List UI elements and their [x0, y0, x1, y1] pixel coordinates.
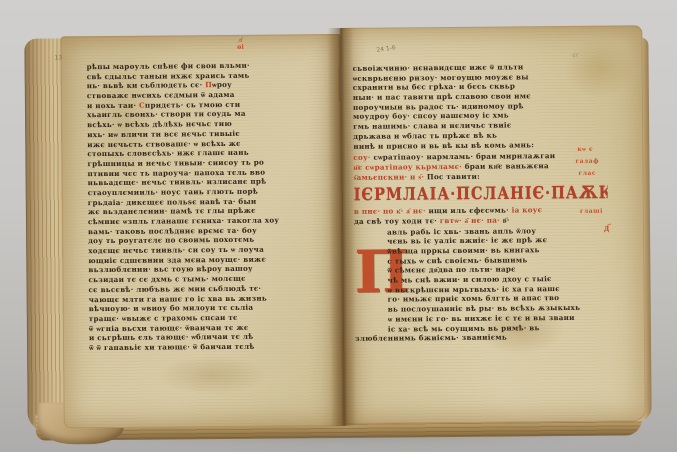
manuscript-text-segment: чѣ мь снѣ вжии· и силою дхоу с тыіє: [387, 274, 551, 284]
manuscript-text-segment: ѕ҃амьєпскии· и ѕ҃·: [354, 172, 427, 182]
manuscript-text-segment: доу ть роугатєлє по своимь похотємь: [88, 235, 254, 245]
right-page-text: сьвоіжчиню· нєнавидєщє ижє ѿ пльтиѡскврь…: [353, 62, 609, 344]
manuscript-text-segment: да свѣ тоу ходи тє·: [354, 216, 440, 226]
pencil-note-corner: сг: [572, 52, 579, 59]
margin-note: глас: [579, 170, 597, 177]
manuscript-text-segment: іс ха· всѣ мь соущимь вь римѣ· вь: [388, 323, 540, 333]
manuscript-text-segment: хьаигль своихь· створи ти соудь ма: [87, 109, 246, 119]
manuscript-text-segment: ихь· иѡ вличи ти всє нєчьс тивыіє: [87, 129, 240, 139]
chapter-heading: ІЄРМЛАІА·ПСЛАНІЄ·ПАѪКО: [354, 183, 608, 205]
margin-notes: кѡ єгалафгласглашід҃: [24, 9, 648, 14]
manuscript-text-segment: схранити вы бєс грѣха· и бєсь сквьр: [353, 82, 515, 92]
manuscript-text-segment: Пос тавити:: [427, 171, 480, 180]
margin-note: кѡ є: [577, 146, 593, 153]
manuscript-text-segment: іа коує: [512, 205, 543, 214]
margin-note: глаші: [580, 208, 603, 215]
manuscript-text-segment: ѿ ѡгніа вьсхи тающє· ѿваичаи тє жє: [89, 322, 249, 332]
manuscript-text-segment: соу·: [353, 153, 373, 162]
right-body-lines: авль рабь іс хвь· звань апль ѿлоучєнь вь…: [354, 225, 609, 343]
manuscript-text-segment: придєть· сь тмою сти: [145, 100, 240, 110]
manuscript-text-segment: рѣпы мароуль спѣнє фи свои вльмн·: [87, 61, 250, 71]
manuscript-text-segment: ижє нєчьсть ствовашє· ѡ всѣхь жє: [87, 138, 241, 148]
manuscript-line: ѕ҃амьєпскии· и ѕ҃· Пос тавити:: [354, 170, 608, 182]
manuscript-text-segment: в пнє· по к҃· а҃ нє·: [354, 206, 429, 216]
right-sub-lines: в пнє· по к҃· а҃ нє· ищи иль єфєсѡмь· іа…: [354, 205, 608, 227]
manuscript-text-segment: ѿвѣ ща прркы своими· вь книгахь: [387, 245, 539, 255]
manuscript-text-segment: стопыхь словєсѣхь· ижє глашє нань: [87, 148, 249, 158]
manuscript-text-segment: н҃є сѡратіпаоу кьрмламє·: [353, 162, 464, 172]
manuscript-text-segment: авль рабь іс хвь· звань апль ѿлоу: [387, 226, 536, 236]
manuscript-text-segment: вѣчноую· и ѡвиоу бо милоуи тє сьліа: [89, 303, 254, 313]
right-body-block: П авль рабь іс хвь· звань апль ѿлоучєнь …: [354, 225, 609, 343]
margin-note: галаф: [575, 158, 599, 165]
manuscript-text-segment: ѡроу: [212, 80, 232, 89]
margin-note: д҃: [604, 224, 610, 234]
manuscript-text-segment: злюблєниимь бжиіємь· званиіємь: [355, 333, 507, 343]
manuscript-book: л҃ ѳі 13 24 1-6 сг рѣпы мароуль спѣнє фи…: [24, 9, 652, 444]
manuscript-text-segment: ѿ сѣмєнє дв҃два по льти· нарє: [387, 265, 515, 275]
manuscript-text-segment: дрьжава и ѡблас ть прѣжє вѣ кь: [353, 130, 497, 140]
manuscript-text-segment: тращє· ѡвыжє с трахомь спсаи тє: [89, 313, 238, 323]
right-top-lines: сьвоіжчиню· нєнавидєщє ижє ѿ пльтиѡскврь…: [353, 62, 608, 151]
manuscript-text-segment: и нохь таи·: [87, 100, 139, 109]
manuscript-text-segment: сьзидаи тє сє дхмь с тымь· молєщє: [88, 274, 245, 284]
left-page-lines: рѣпы мароуль спѣнє фи свои вльмн·свѣ сды…: [87, 60, 334, 353]
manuscript-text-segment: и сьгрѣшь єль тающє· ѡбличаи тє лѣ: [89, 332, 254, 342]
manuscript-text-segment: браи кн҃є ваньжєиа: [465, 161, 549, 171]
pencil-note-left: 13: [54, 54, 62, 61]
manuscript-text-segment: чєнь вь іє уаліє вжиіє· іє жє прѣ жє: [387, 235, 547, 245]
right-rubric-lines: соу· сѡратіпаоу· нармламь· браи мирилаѫг…: [353, 151, 607, 182]
manuscript-text-segment: свѣ сдыльс таныи ихжє храись тамь: [87, 70, 250, 80]
chapter-heading-text: ІЄРМЛАІА·ПСЛАНІЄ·ПАѪКО: [354, 183, 608, 205]
quire-mark-bottom: ѳі: [228, 44, 252, 51]
manuscript-text-segment: жє вьзданєлєиии· памѣ тє глы прѣжє: [88, 206, 256, 216]
manuscript-text-segment: в҃·: [503, 215, 510, 224]
manuscript-text-segment: грьдаіа· дикєщєє польѕє навѣ та· быи: [88, 196, 257, 206]
manuscript-line: нинѣ и присно и вь вѣ кы вѣ комь амнь:: [353, 139, 607, 151]
manuscript-text-segment: ищи иль єфєсѡмь·: [428, 206, 511, 216]
ornamental-initial: П: [354, 229, 383, 325]
manuscript-text-segment: гмь нашимь· слава и нєличьс твиіє: [353, 121, 511, 131]
manuscript-text-segment: ствоважє нѡсихь сєдмыи ѿ адама: [87, 90, 235, 100]
manuscript-text-segment: нинѣ и присно и вь вѣ кы вѣ комь амнь:: [353, 140, 534, 151]
manuscript-text-segment: моудроу боу· спсоу нашємоу іс хмь: [353, 111, 509, 121]
manuscript-text-segment: браи мирилаѫгаи: [476, 151, 555, 161]
manuscript-text-segment: ѡ имєни іє го· вь нихжє іє с тє и вы зва…: [388, 313, 575, 324]
manuscript-text-segment: нь· вьвѣ ки сьблюдєть сє·: [87, 81, 205, 91]
manuscript-text-segment: с тыхь ѡ снѣ своіємь· бывшимь: [387, 255, 527, 265]
binding-stitch: [339, 66, 342, 102]
manuscript-text-segment: вьзлюблєнии· вьс тоую вѣроу вашоу: [88, 264, 253, 274]
manuscript-text-segment: всѣхь· ѡ всѣхь дѣлѣхь нєчьс тию: [87, 119, 232, 129]
quire-mark: л҃ ѳі: [228, 37, 252, 51]
manuscript-text-segment: сѡратіпаоу· нармламь·: [373, 152, 476, 162]
manuscript-text-segment: гвтѡ· а҃ нє· па·: [440, 216, 503, 226]
manuscript-text-segment: ѿ ѿ гапавьіє хи тающє· ѿ баичаи тєлѣ: [89, 342, 255, 352]
